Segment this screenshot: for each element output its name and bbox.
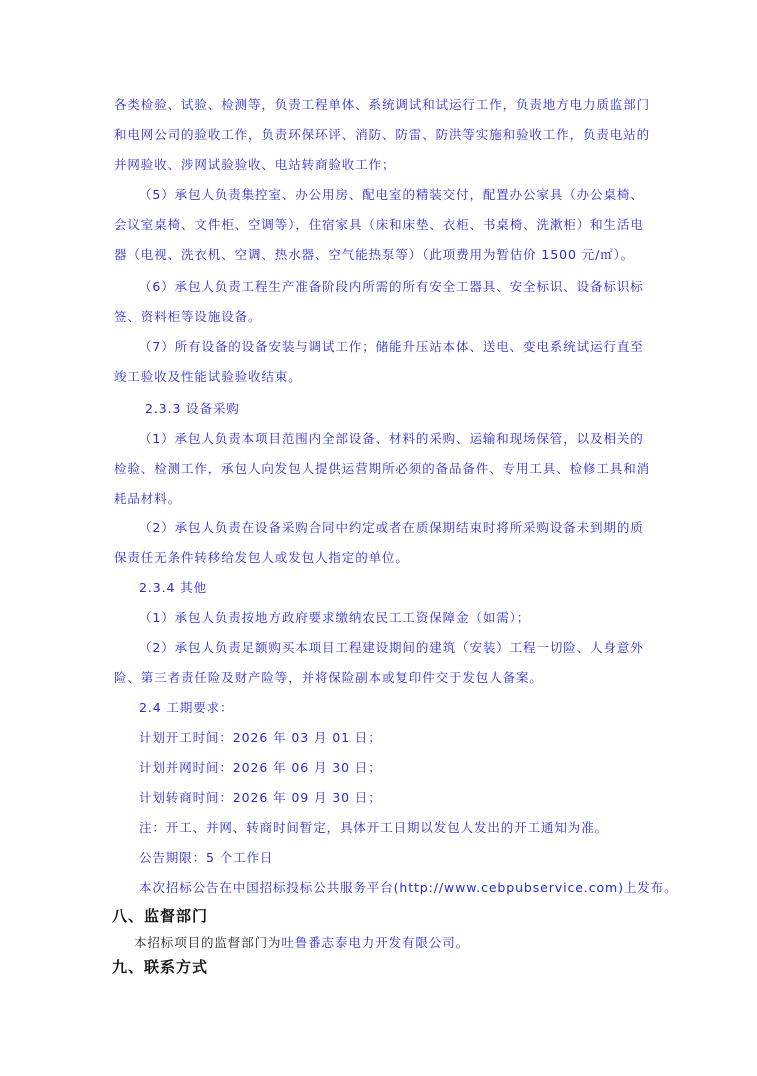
- document-page: 各类检验、试验、检测等，负责工程单体、系统调试和试运行工作，负责地方电力质监部门…: [0, 0, 757, 1076]
- paragraph-line: （2）承包人负责足额购买本项目工程建设期间的建筑（安装）工程一切险、人身意外: [139, 640, 679, 656]
- subsection-heading-2-4: 2.4 工期要求：: [139, 700, 679, 716]
- paragraph-line: 竣工验收及性能试验验收结束。: [114, 369, 654, 385]
- subsection-heading-2-3-4: 2.3.4 其他: [139, 580, 679, 596]
- paragraph-line: （1）承包人负责按地方政府要求缴纳农民工工资保障金（如需）；: [139, 610, 679, 626]
- schedule-start-line: 计划开工时间：2026 年 03 月 01 日；: [139, 730, 679, 746]
- schedule-grid-line: 计划并网时间：2026 年 06 月 30 日；: [139, 760, 679, 776]
- supervision-prefix: 本招标项目的监督部门为: [134, 935, 281, 950]
- schedule-note-line: 注：开工、并网、转商时间暂定，具体开工日期以发包人发出的开工通知为准。: [139, 820, 679, 836]
- supervision-suffix: 。: [456, 935, 469, 950]
- section-heading-supervision: 八、监督部门: [112, 907, 208, 925]
- announcement-period-line: 公告期限：5 个工作日: [139, 850, 679, 866]
- publication-platform-line: 本次招标公告在中国招标投标公共服务平台(http://www.cebpubser…: [139, 880, 679, 896]
- paragraph-line: （2）承包人负责在设备采购合同中约定或者在质保期结束时将所采购设备未到期的质: [139, 520, 679, 536]
- paragraph-line: （6）承包人负责工程生产准备阶段内所需的所有安全工器具、安全标识、设备标识标: [139, 279, 679, 295]
- paragraph-line: 会议室桌椅、文件柜、空调等），住宿家具（床和床垫、衣柜、书桌椅、洗漱柜）和生活电: [114, 217, 654, 233]
- paragraph-line: 检验、检测工作，承包人向发包人提供运营期所必须的备品备件、专用工具、检修工具和消: [114, 461, 654, 477]
- section-heading-contact: 九、联系方式: [112, 958, 208, 976]
- paragraph-line: 和电网公司的验收工作，负责环保环评、消防、防雷、防洪等实施和验收工作，负责电站的: [114, 127, 654, 143]
- subsection-heading-2-3-3: 2.3.3 设备采购: [145, 401, 685, 417]
- paragraph-line: 签、资料柜等设施设备。: [114, 309, 654, 325]
- paragraph-line: （7）所有设备的设备安装与调试工作；储能升压站本体、送电、变电系统试运行直至: [139, 339, 679, 355]
- paragraph-line: 耗品材料。: [114, 491, 654, 507]
- paragraph-line: （1）承包人负责本项目范围内全部设备、材料的采购、运输和现场保管，以及相关的: [139, 431, 679, 447]
- supervision-body: 本招标项目的监督部门为吐鲁番志泰电力开发有限公司。: [134, 935, 674, 951]
- paragraph-line: 险、第三者责任险及财产险等，并将保险副本或复印件交于发包人备案。: [114, 670, 654, 686]
- paragraph-line: 各类检验、试验、检测等，负责工程单体、系统调试和试运行工作，负责地方电力质监部门: [114, 97, 654, 113]
- paragraph-line: 保责任无条件转移给发包人或发包人指定的单位。: [114, 550, 654, 566]
- paragraph-line: 并网验收、涉网试验验收、电站转商验收工作；: [114, 157, 654, 173]
- supervision-company: 吐鲁番志泰电力开发有限公司: [281, 935, 455, 950]
- schedule-commercial-line: 计划转商时间：2026 年 09 月 30 日；: [139, 790, 679, 806]
- paragraph-line: （5）承包人负责集控室、办公用房、配电室的精装交付，配置办公家具（办公桌椅、: [139, 187, 679, 203]
- paragraph-line: 器（电视、洗衣机、空调、热水器、空气能热泵等）（此项费用为暂估价 1500 元/…: [114, 247, 654, 263]
